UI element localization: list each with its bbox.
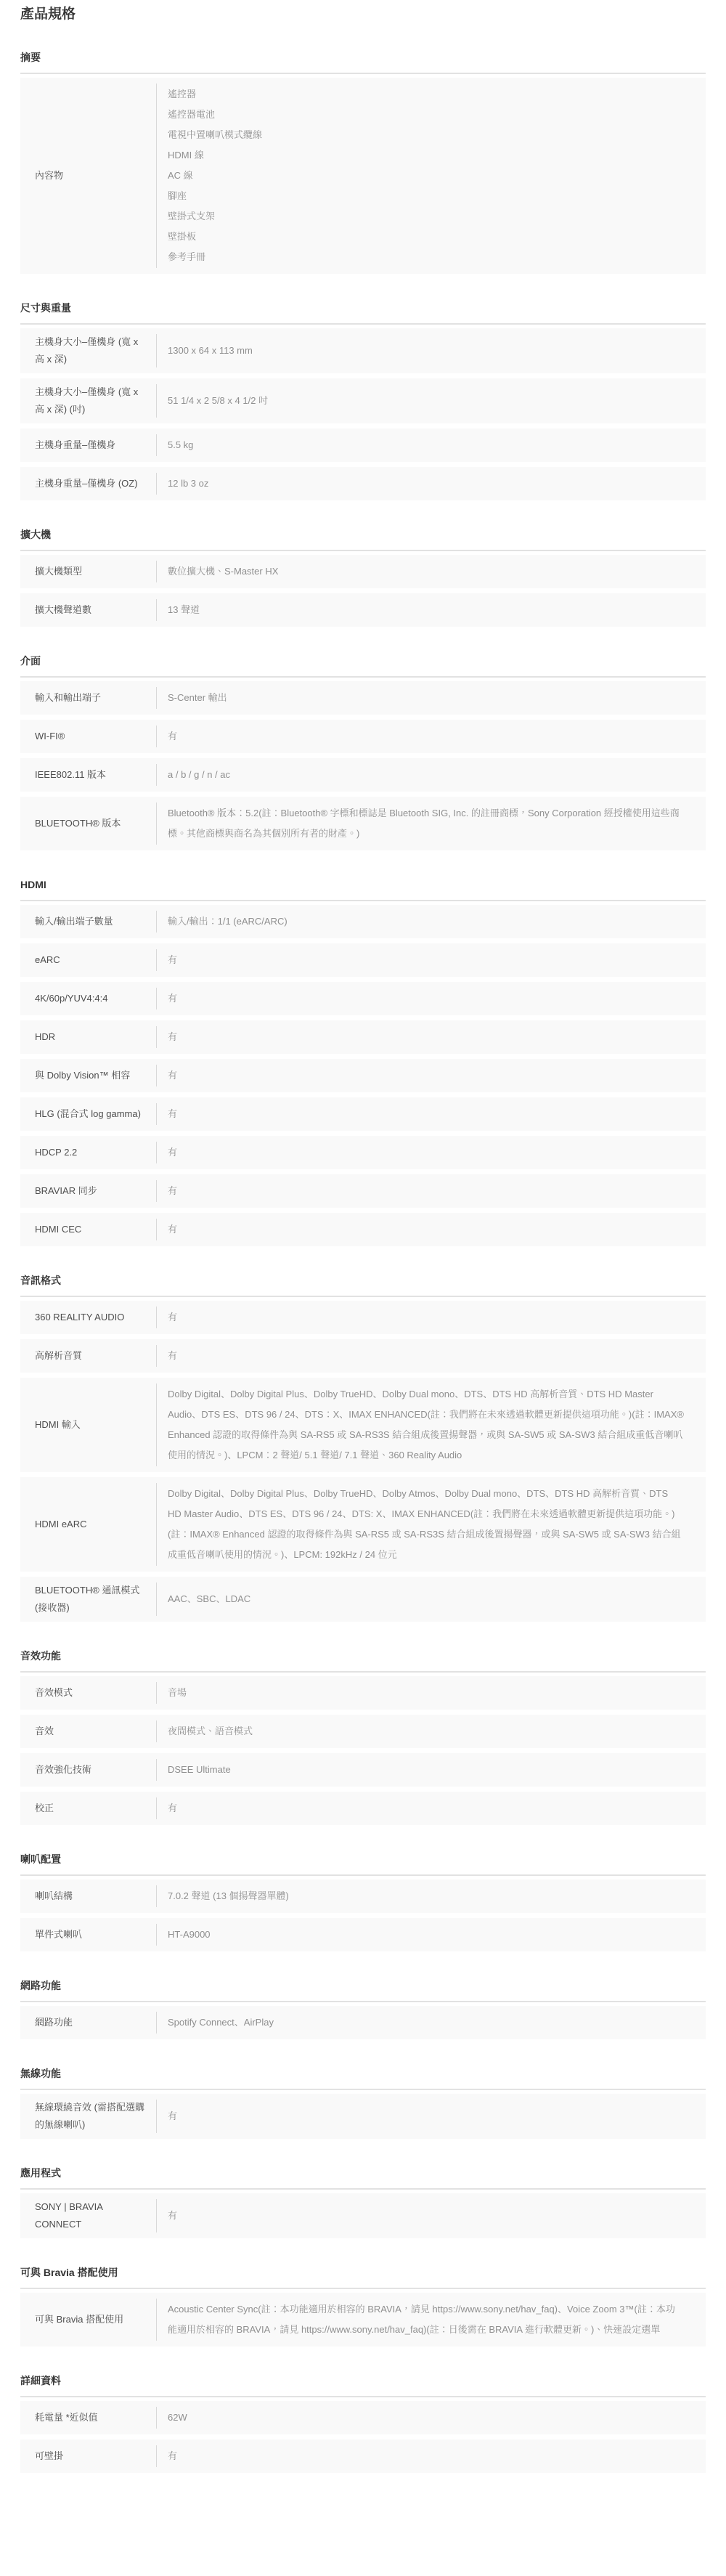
spec-sections: 摘要 內容物 遙控器 遙控器電池 電視中置喇叭模式纜線 HDMI 線 AC 線 … xyxy=(20,51,706,2473)
spec-label: SONY | BRAVIA CONNECT xyxy=(20,2193,156,2238)
table-row: 音效模式 音場 xyxy=(20,1676,706,1710)
spec-value: Acoustic Center Sync(註：本功能適用於相容的 BRAVIA，… xyxy=(156,2299,706,2341)
section-title: 摘要 xyxy=(20,51,706,65)
section-table: 輸入/輸出端子數量 輸入/輸出：1/1 (eARC/ARC) eARC 有 4K… xyxy=(20,900,706,1246)
table-row: BRAVIAR 同步 有 xyxy=(20,1174,706,1208)
table-row: 輸入/輸出端子數量 輸入/輸出：1/1 (eARC/ARC) xyxy=(20,905,706,938)
section-title: 擴大機 xyxy=(20,528,706,542)
spec-section: 應用程式 SONY | BRAVIA CONNECT 有 xyxy=(20,2166,706,2238)
spec-section: 網路功能 網路功能 Spotify Connect、AirPlay xyxy=(20,1979,706,2039)
spec-value: 有 xyxy=(156,988,706,1009)
spec-label: 內容物 xyxy=(20,78,156,274)
table-row: 耗電量 *近似值 62W xyxy=(20,2401,706,2434)
section-title: HDMI xyxy=(20,878,706,892)
section-table: SONY | BRAVIA CONNECT 有 xyxy=(20,2188,706,2238)
spec-section: 介面 輸入和輸出端子 S-Center 輸出 WI-FI® 有 IEEE802.… xyxy=(20,654,706,850)
spec-section: 音訊格式 360 REALITY AUDIO 有 高解析音質 有 HDMI 輸入… xyxy=(20,1274,706,1622)
spec-label: 耗電量 *近似值 xyxy=(20,2401,156,2434)
spec-label: BLUETOOTH® 通訊模式 (接收器) xyxy=(20,1577,156,1622)
spec-value: S-Center 輸出 xyxy=(156,687,706,709)
spec-section: 音效功能 音效模式 音場 音效 夜間模式、語音模式 音效強化技術 DSEE Ul… xyxy=(20,1649,706,1825)
spec-value: 有 xyxy=(156,2445,706,2467)
spec-label: HDR xyxy=(20,1020,156,1054)
table-row: 高解析音質 有 xyxy=(20,1339,706,1373)
spec-value: 13 聲道 xyxy=(156,599,706,621)
spec-label: 主機身重量–僅機身 xyxy=(20,428,156,462)
spec-label: 擴大機聲道數 xyxy=(20,593,156,627)
table-row: eARC 有 xyxy=(20,943,706,977)
spec-label: HLG (混合式 log gamma) xyxy=(20,1097,156,1131)
section-title: 詳細資料 xyxy=(20,2374,706,2388)
section-table: 內容物 遙控器 遙控器電池 電視中置喇叭模式纜線 HDMI 線 AC 線 腳座 … xyxy=(20,73,706,274)
table-row: 音效強化技術 DSEE Ultimate xyxy=(20,1753,706,1787)
spec-section: HDMI 輸入/輸出端子數量 輸入/輸出：1/1 (eARC/ARC) eARC… xyxy=(20,878,706,1246)
spec-section: 摘要 內容物 遙控器 遙控器電池 電視中置喇叭模式纜線 HDMI 線 AC 線 … xyxy=(20,51,706,274)
table-row: 主機身大小–僅機身 (寬 x 高 x 深) 1300 x 64 x 113 mm xyxy=(20,328,706,373)
spec-section: 尺寸與重量 主機身大小–僅機身 (寬 x 高 x 深) 1300 x 64 x … xyxy=(20,301,706,500)
spec-label: 主機身大小–僅機身 (寬 x 高 x 深) xyxy=(20,328,156,373)
spec-label: HDMI CEC xyxy=(20,1213,156,1246)
spec-value: 音場 xyxy=(156,1682,706,1704)
spec-label: HDMI 輸入 xyxy=(20,1378,156,1472)
spec-label: eARC xyxy=(20,943,156,977)
section-table: 網路功能 Spotify Connect、AirPlay xyxy=(20,2001,706,2039)
section-table: 可與 Bravia 搭配使用 Acoustic Center Sync(註：本功… xyxy=(20,2288,706,2347)
spec-value: 數位擴大機、S-Master HX xyxy=(156,561,706,582)
spec-label: WI-FI® xyxy=(20,720,156,753)
spec-label: 輸入和輸出端子 xyxy=(20,681,156,715)
spec-value: 12 lb 3 oz xyxy=(156,473,706,495)
spec-value: 51 1/4 x 2 5/8 x 4 1/2 吋 xyxy=(156,384,706,418)
spec-label: 4K/60p/YUV4:4:4 xyxy=(20,982,156,1015)
spec-page: 產品規格 摘要 內容物 遙控器 遙控器電池 電視中置喇叭模式纜線 HDMI 線 … xyxy=(0,0,726,2473)
section-title: 網路功能 xyxy=(20,1979,706,1993)
spec-value: AAC、SBC、LDAC xyxy=(156,1582,706,1616)
table-row: 主機身大小–僅機身 (寬 x 高 x 深) (吋) 51 1/4 x 2 5/8… xyxy=(20,378,706,423)
spec-value: 有 xyxy=(156,1307,706,1328)
spec-value: 夜間模式、語音模式 xyxy=(156,1720,706,1742)
section-title: 可與 Bravia 搭配使用 xyxy=(20,2266,706,2280)
spec-label: 網路功能 xyxy=(20,2006,156,2039)
spec-value: 有 xyxy=(156,1797,706,1819)
section-table: 擴大機類型 數位擴大機、S-Master HX 擴大機聲道數 13 聲道 xyxy=(20,550,706,627)
section-table: 輸入和輸出端子 S-Center 輸出 WI-FI® 有 IEEE802.11 … xyxy=(20,676,706,850)
table-row: 主機身重量–僅機身 (OZ) 12 lb 3 oz xyxy=(20,467,706,500)
spec-value: 7.0.2 聲道 (13 個揚聲器單體) xyxy=(156,1885,706,1907)
section-title: 音效功能 xyxy=(20,1649,706,1663)
table-row: 可壁掛 有 xyxy=(20,2439,706,2473)
spec-value: 輸入/輸出：1/1 (eARC/ARC) xyxy=(156,911,706,933)
table-row: HDCP 2.2 有 xyxy=(20,1136,706,1169)
page-title: 產品規格 xyxy=(20,6,706,23)
spec-value: Spotify Connect、AirPlay xyxy=(156,2012,706,2033)
spec-value: 有 xyxy=(156,1345,706,1367)
table-row: 內容物 遙控器 遙控器電池 電視中置喇叭模式纜線 HDMI 線 AC 線 腳座 … xyxy=(20,78,706,274)
spec-section: 可與 Bravia 搭配使用 可與 Bravia 搭配使用 Acoustic C… xyxy=(20,2266,706,2347)
table-row: HDMI 輸入 Dolby Digital、Dolby Digital Plus… xyxy=(20,1378,706,1472)
table-row: 音效 夜間模式、語音模式 xyxy=(20,1715,706,1748)
table-row: 校正 有 xyxy=(20,1792,706,1825)
spec-label: 主機身重量–僅機身 (OZ) xyxy=(20,467,156,500)
spec-value: 遙控器 遙控器電池 電視中置喇叭模式纜線 HDMI 線 AC 線 腳座 壁掛式支… xyxy=(156,84,706,268)
spec-label: 主機身大小–僅機身 (寬 x 高 x 深) (吋) xyxy=(20,378,156,423)
spec-label: IEEE802.11 版本 xyxy=(20,758,156,792)
section-title: 喇叭配置 xyxy=(20,1853,706,1866)
spec-label: 擴大機類型 xyxy=(20,555,156,588)
spec-label: 音效模式 xyxy=(20,1676,156,1710)
table-row: 與 Dolby Vision™ 相容 有 xyxy=(20,1059,706,1092)
table-row: 輸入和輸出端子 S-Center 輸出 xyxy=(20,681,706,715)
section-table: 喇叭結構 7.0.2 聲道 (13 個揚聲器單體) 單件式喇叭 HT-A9000 xyxy=(20,1874,706,1951)
spec-value: 5.5 kg xyxy=(156,434,706,456)
spec-label: 無線環繞音效 (需搭配選購的無線喇叭) xyxy=(20,2094,156,2139)
section-table: 360 REALITY AUDIO 有 高解析音質 有 HDMI 輸入 Dolb… xyxy=(20,1296,706,1622)
spec-value: Dolby Digital、Dolby Digital Plus、Dolby T… xyxy=(156,1483,706,1566)
spec-value: Dolby Digital、Dolby Digital Plus、Dolby T… xyxy=(156,1384,706,1466)
table-row: 4K/60p/YUV4:4:4 有 xyxy=(20,982,706,1015)
section-title: 尺寸與重量 xyxy=(20,301,706,315)
spec-value: 有 xyxy=(156,1219,706,1240)
spec-label: BLUETOOTH® 版本 xyxy=(20,797,156,850)
spec-value: 有 xyxy=(156,949,706,971)
table-row: IEEE802.11 版本 a / b / g / n / ac xyxy=(20,758,706,792)
spec-label: 與 Dolby Vision™ 相容 xyxy=(20,1059,156,1092)
section-title: 音訊格式 xyxy=(20,1274,706,1288)
spec-label: 可壁掛 xyxy=(20,2439,156,2473)
section-table: 主機身大小–僅機身 (寬 x 高 x 深) 1300 x 64 x 113 mm… xyxy=(20,323,706,500)
table-row: HLG (混合式 log gamma) 有 xyxy=(20,1097,706,1131)
spec-section: 喇叭配置 喇叭結構 7.0.2 聲道 (13 個揚聲器單體) 單件式喇叭 HT-… xyxy=(20,1853,706,1951)
table-row: HDMI CEC 有 xyxy=(20,1213,706,1246)
spec-section: 擴大機 擴大機類型 數位擴大機、S-Master HX 擴大機聲道數 13 聲道 xyxy=(20,528,706,627)
table-row: HDR 有 xyxy=(20,1020,706,1054)
table-row: 擴大機聲道數 13 聲道 xyxy=(20,593,706,627)
spec-label: BRAVIAR 同步 xyxy=(20,1174,156,1208)
spec-label: 輸入/輸出端子數量 xyxy=(20,905,156,938)
spec-label: 360 REALITY AUDIO xyxy=(20,1301,156,1334)
spec-label: 音效強化技術 xyxy=(20,1753,156,1787)
spec-label: 喇叭結構 xyxy=(20,1880,156,1913)
spec-value: DSEE Ultimate xyxy=(156,1759,706,1781)
spec-value: 有 xyxy=(156,726,706,747)
section-table: 耗電量 *近似值 62W 可壁掛 有 xyxy=(20,2396,706,2473)
table-row: 可與 Bravia 搭配使用 Acoustic Center Sync(註：本功… xyxy=(20,2293,706,2347)
section-table: 音效模式 音場 音效 夜間模式、語音模式 音效強化技術 DSEE Ultimat… xyxy=(20,1671,706,1825)
table-row: SONY | BRAVIA CONNECT 有 xyxy=(20,2193,706,2238)
table-row: 擴大機類型 數位擴大機、S-Master HX xyxy=(20,555,706,588)
spec-value: 有 xyxy=(156,1026,706,1048)
table-row: 單件式喇叭 HT-A9000 xyxy=(20,1918,706,1951)
spec-value: HT-A9000 xyxy=(156,1924,706,1946)
section-title: 介面 xyxy=(20,654,706,668)
table-row: HDMI eARC Dolby Digital、Dolby Digital Pl… xyxy=(20,1477,706,1572)
table-row: BLUETOOTH® 版本 Bluetooth® 版本：5.2(註：Blueto… xyxy=(20,797,706,850)
section-title: 無線功能 xyxy=(20,2067,706,2081)
spec-value: 1300 x 64 x 113 mm xyxy=(156,334,706,367)
spec-value: a / b / g / n / ac xyxy=(156,764,706,786)
spec-label: 音效 xyxy=(20,1715,156,1748)
spec-section: 詳細資料 耗電量 *近似值 62W 可壁掛 有 xyxy=(20,2374,706,2473)
spec-label: 可與 Bravia 搭配使用 xyxy=(20,2293,156,2347)
spec-label: 高解析音質 xyxy=(20,1339,156,1373)
spec-value: 有 xyxy=(156,1065,706,1086)
spec-value: 有 xyxy=(156,2100,706,2133)
spec-value: 有 xyxy=(156,1103,706,1125)
spec-label: 校正 xyxy=(20,1792,156,1825)
table-row: 主機身重量–僅機身 5.5 kg xyxy=(20,428,706,462)
spec-label: HDMI eARC xyxy=(20,1477,156,1572)
spec-label: 單件式喇叭 xyxy=(20,1918,156,1951)
spec-value: 有 xyxy=(156,1180,706,1202)
table-row: 喇叭結構 7.0.2 聲道 (13 個揚聲器單體) xyxy=(20,1880,706,1913)
spec-section: 無線功能 無線環繞音效 (需搭配選購的無線喇叭) 有 xyxy=(20,2067,706,2139)
table-row: 無線環繞音效 (需搭配選購的無線喇叭) 有 xyxy=(20,2094,706,2139)
spec-value: 62W xyxy=(156,2407,706,2429)
table-row: 網路功能 Spotify Connect、AirPlay xyxy=(20,2006,706,2039)
table-row: BLUETOOTH® 通訊模式 (接收器) AAC、SBC、LDAC xyxy=(20,1577,706,1622)
section-title: 應用程式 xyxy=(20,2166,706,2180)
section-table: 無線環繞音效 (需搭配選購的無線喇叭) 有 xyxy=(20,2089,706,2139)
spec-label: HDCP 2.2 xyxy=(20,1136,156,1169)
spec-value: 有 xyxy=(156,1142,706,1163)
table-row: 360 REALITY AUDIO 有 xyxy=(20,1301,706,1334)
spec-value: Bluetooth® 版本：5.2(註：Bluetooth® 字標和標誌是 Bl… xyxy=(156,803,706,845)
spec-value: 有 xyxy=(156,2199,706,2232)
table-row: WI-FI® 有 xyxy=(20,720,706,753)
